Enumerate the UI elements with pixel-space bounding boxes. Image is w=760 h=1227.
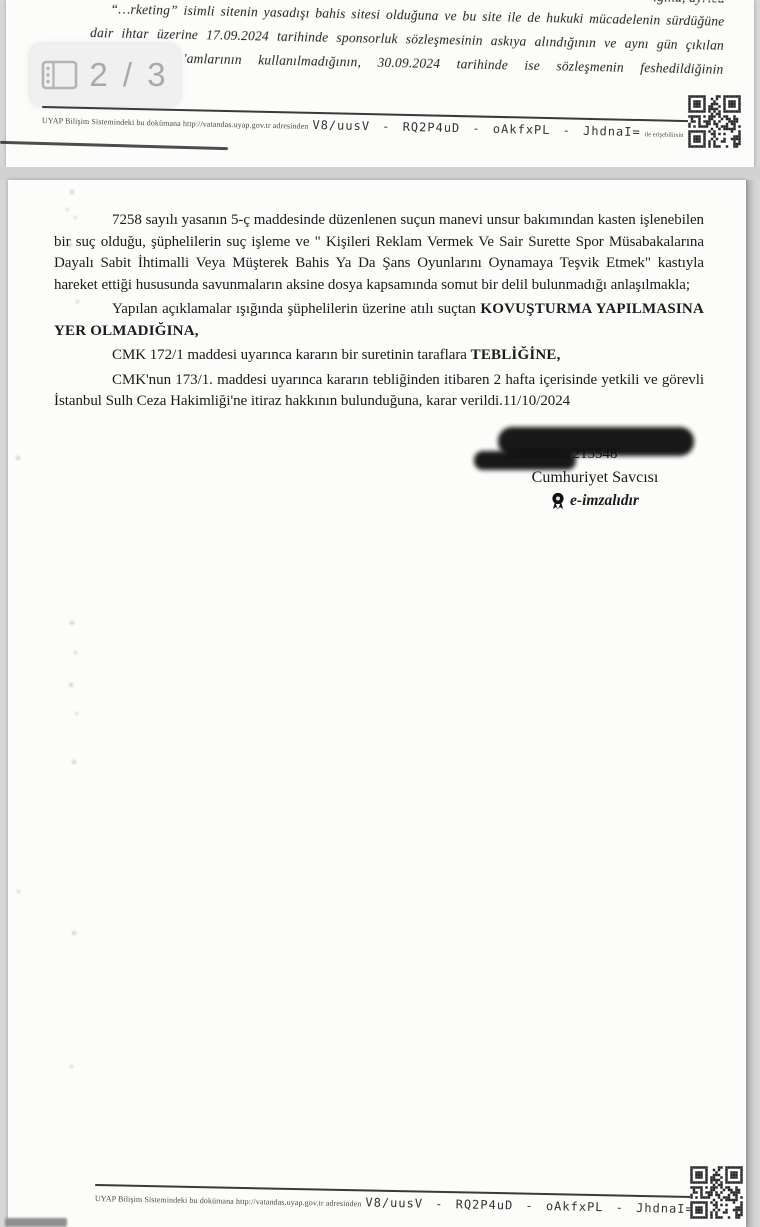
scan-speck — [72, 760, 76, 764]
decision-text: Yapılan açıklamalar ışığında şüphelileri… — [112, 301, 480, 317]
seal-icon — [551, 492, 565, 510]
page-1-text: ığına, ayrıca “…rketing” isimli sitenin … — [89, 0, 724, 82]
notification-text: CMK 172/1 maddesi uyarınca kararın bir s… — [112, 347, 471, 363]
scan-speck — [70, 1065, 73, 1068]
footer-access-suffix: ile erişebilirsin — [645, 131, 684, 139]
scan-speck — [72, 931, 76, 935]
scan-speck — [69, 683, 73, 687]
page-indicator-badge[interactable]: 2 / 3 — [30, 44, 180, 106]
qr-code-icon — [690, 1166, 743, 1219]
qr-code-icon — [688, 95, 741, 148]
scan-speck — [75, 712, 78, 715]
scan-speck — [70, 190, 74, 194]
scan-speck — [17, 890, 20, 893]
scan-speck — [73, 268, 76, 271]
notification-bold-tebligine: TEBLİĞİNE, — [471, 347, 561, 363]
page-gap — [0, 167, 760, 180]
redaction-smudge — [474, 451, 576, 470]
page-2-body: 7258 sayılı yasanın 5-ç maddesinde düzen… — [54, 210, 704, 416]
scan-speck — [76, 300, 79, 303]
footer-access-text: UYAP Bilişim Sistemindeki bu dokümana ht… — [95, 1194, 362, 1208]
scan-speck — [68, 243, 72, 247]
scan-speck — [70, 621, 74, 625]
paragraph-notification: CMK 172/1 maddesi uyarınca kararın bir s… — [54, 345, 704, 367]
prosecutor-title: Cumhuriyet Savcısı — [470, 469, 720, 487]
page-indicator-label: 2 / 3 — [89, 56, 168, 94]
scan-speck — [74, 216, 77, 219]
pages-icon — [41, 60, 79, 90]
esignature-label: e-imzalıdır — [570, 492, 639, 510]
esignature-row: e-imzalıdır — [470, 492, 720, 510]
scan-edge-band — [746, 0, 760, 1227]
paragraph-evidence: 7258 sayılı yasanın 5-ç maddesinde düzen… — [54, 210, 704, 296]
scan-artifact-smudge — [5, 1218, 67, 1227]
scan-speck — [16, 456, 20, 460]
scan-speck — [74, 651, 77, 654]
signature-block: 215548 Cumhuriyet Savcısı e-imzalıdır — [470, 430, 720, 525]
paragraph-decision: Yapılan açıklamalar ışığında şüphelileri… — [54, 299, 704, 342]
paragraph-appeal: CMK'nun 173/1. maddesi uyarınca kararın … — [54, 370, 704, 413]
document-scan-view: ığına, ayrıca “…rketing” isimli sitenin … — [0, 0, 760, 1227]
footer-access-text: UYAP Bilişim Sistemindeki bu dokümana ht… — [42, 116, 309, 131]
scan-speck — [66, 208, 69, 211]
